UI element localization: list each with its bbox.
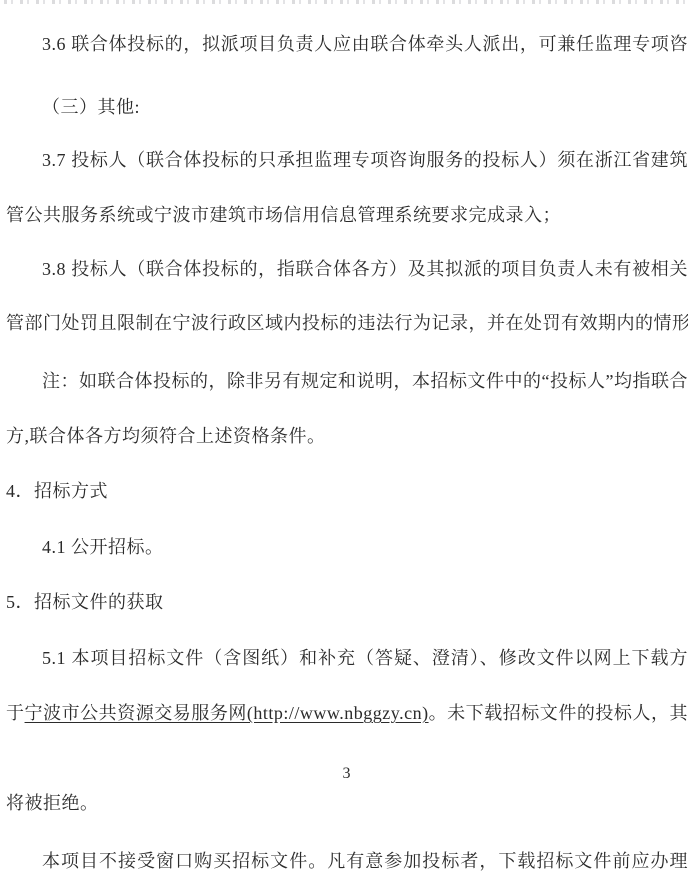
paragraph-line-5-1: 5.1 本项目招标文件（含图纸）和补充（答疑、澄清）、修改文件以网上下载方式发放 [42, 646, 688, 670]
document-page: 3.6 联合体投标的，拟派项目负责人应由联合体牵头人派出，可兼任监理专项咨询负责… [0, 0, 693, 886]
line-prefix-text: 于 [6, 703, 25, 723]
heading-line-5-obtain-documents: 5．招标文件的获取 [6, 590, 688, 614]
paragraph-line-note: 注：如联合体投标的，除非另有规定和说明，本招标文件中的“投标人”均指联合体各 [42, 369, 688, 393]
clipped-previous-line-remnant [4, 0, 689, 4]
paragraph-line-rejected: 将被拒绝。 [6, 791, 688, 815]
paragraph-line-3-7-cont: 管公共服务系统或宁波市建筑市场信用信息管理系统要求完成录入； [6, 203, 688, 227]
paragraph-line-note-cont: 方,联合体各方均须符合上述资格条件。 [6, 424, 688, 448]
paragraph-line-3-8: 3.8 投标人（联合体投标的，指联合体各方）及其拟派的项目负责人未有被相关行政主 [42, 257, 688, 281]
paragraph-line-5-1-cont: 于宁波市公共资源交易服务网(http://www.nbggzy.cn)。未下载招… [6, 701, 688, 725]
heading-line-section-3-other: （三）其他: [42, 95, 688, 119]
page-number: 3 [0, 764, 693, 784]
paragraph-line-3-7: 3.7 投标人（联合体投标的只承担监理专项咨询服务的投标人）须在浙江省建筑市场监 [42, 148, 688, 172]
paragraph-line-3-6: 3.6 联合体投标的，拟派项目负责人应由联合体牵头人派出，可兼任监理专项咨询负责… [42, 32, 688, 56]
paragraph-line-3-8-cont: 管部门处罚且限制在宁波行政区域内投标的违法行为记录，并在处罚有效期内的情形。 [6, 311, 688, 335]
paragraph-line-no-window-purchase: 本项目不接受窗口购买招标文件。凡有意参加投标者，下载招标文件前应办理《宁波市 [42, 849, 688, 873]
paragraph-line-4-1: 4.1 公开招标。 [42, 535, 688, 559]
nbggzy-website-link[interactable]: 宁波市公共资源交易服务网(http://www.nbggzy.cn) [25, 703, 429, 723]
heading-line-4-bidding-method: 4．招标方式 [6, 479, 688, 503]
